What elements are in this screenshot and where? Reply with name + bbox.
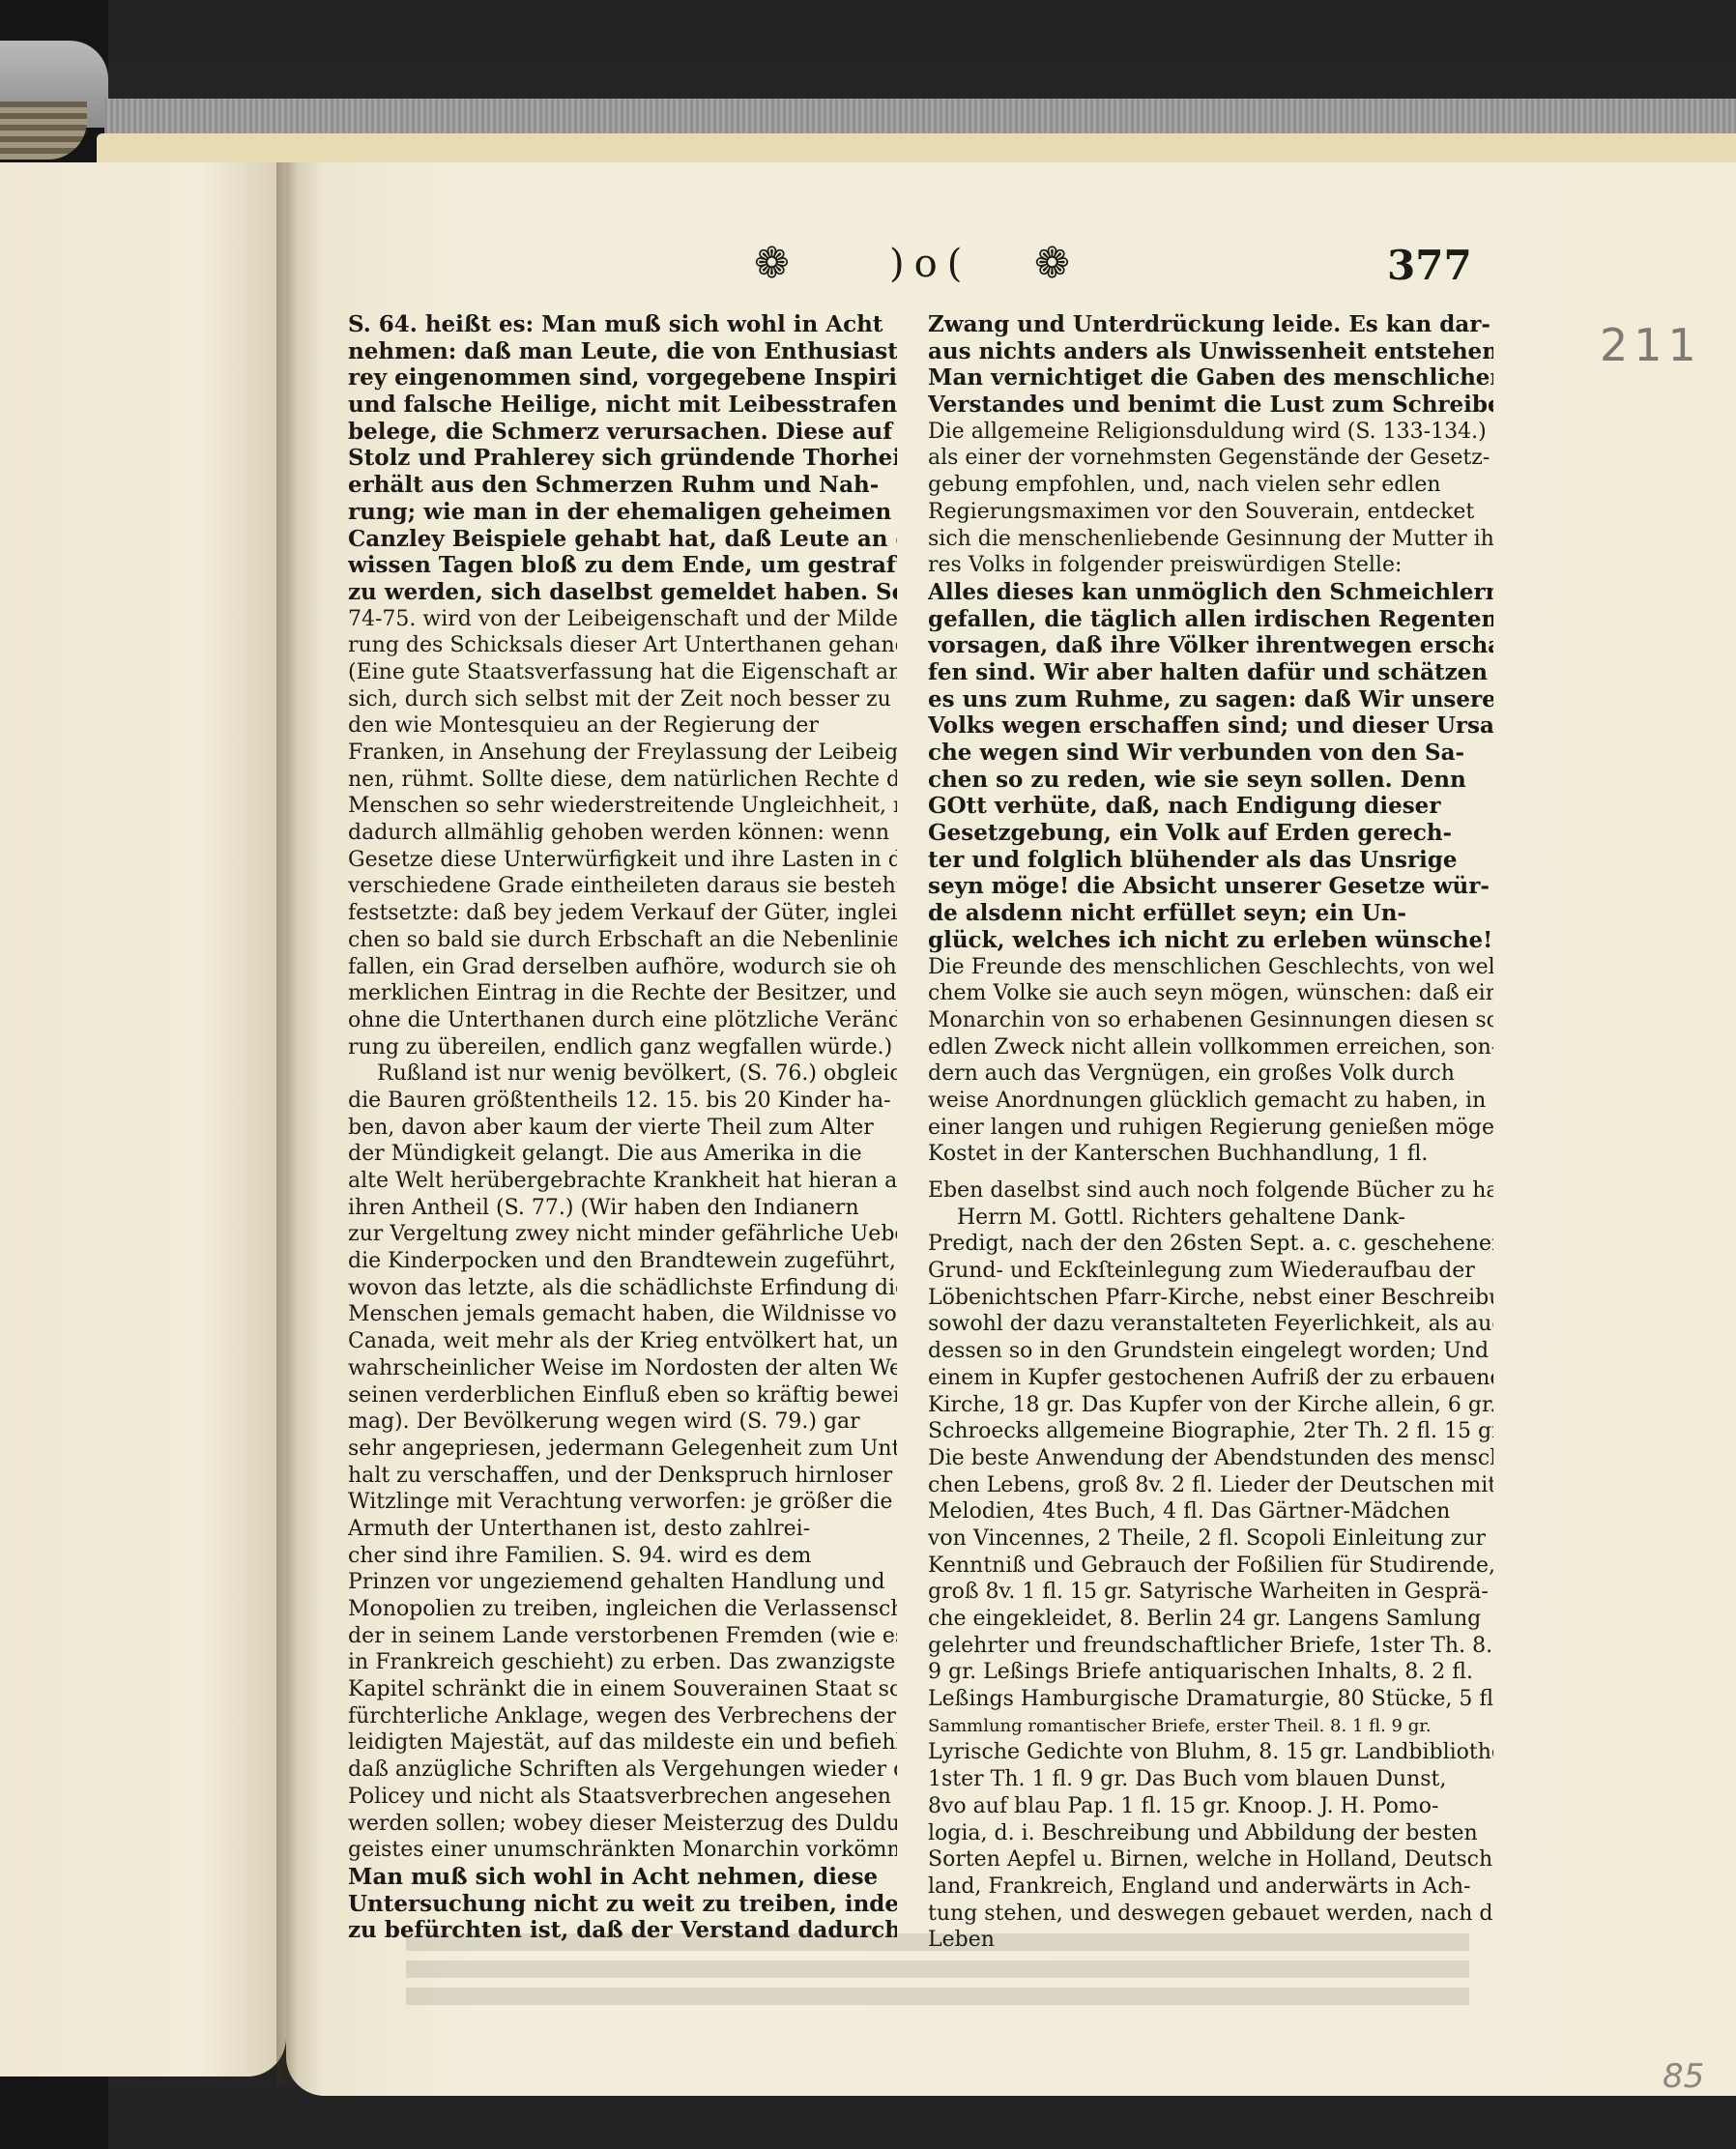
- text-line: Leßings Hamburgische Dramaturgie, 80 Stü…: [928, 1686, 1493, 1713]
- text-line: Kostet in der Kanterschen Buchhandlung, …: [928, 1141, 1493, 1168]
- text-line: Die beste Anwendung der Abendstunden des…: [928, 1445, 1493, 1472]
- pencil-annotation-bottom: 85: [1663, 2057, 1704, 2096]
- text-line: Lyrische Gedichte von Bluhm, 8. 15 gr. L…: [928, 1739, 1493, 1766]
- text-line: Franken, in Ansehung der Freylassung der…: [348, 740, 897, 767]
- text-line: Monarchin von so erhabenen Gesinnungen d…: [928, 1007, 1493, 1034]
- text-line: wahrscheinlicher Weise im Nordosten der …: [348, 1355, 897, 1382]
- text-line: glück, welches ich nicht zu erleben wüns…: [928, 927, 1493, 954]
- text-line: alte Welt herübergebrachte Krankheit hat…: [348, 1168, 897, 1195]
- text-line: einem in Kupfer gestochenen Aufriß der z…: [928, 1365, 1493, 1392]
- text-line: edlen Zweck nicht allein vollkommen erre…: [928, 1034, 1493, 1061]
- text-line: zu werden, sich daselbst gemeldet haben.…: [348, 579, 897, 606]
- text-line: che eingekleidet, 8. Berlin 24 gr. Lange…: [928, 1606, 1493, 1633]
- text-line: Untersuchung nicht zu weit zu treiben, i…: [348, 1891, 897, 1918]
- text-line: verschiedene Grade eintheileten daraus s…: [348, 873, 897, 900]
- text-column-right: Zwang und Unterdrückung leide. Es kan da…: [928, 311, 1493, 1954]
- text-line: mag). Der Bevölkerung wegen wird (S. 79.…: [348, 1408, 897, 1436]
- text-line: chen so bald sie durch Erbschaft an die …: [348, 927, 897, 954]
- text-line: rey eingenommen sind, vorgegebene Inspir…: [348, 364, 897, 392]
- gutter-shadow: [276, 162, 298, 2086]
- text-line: Canzley Beispiele gehabt hat, daß Leute …: [348, 526, 897, 553]
- text-line: zur Vergeltung zwey nicht minder gefährl…: [348, 1221, 897, 1248]
- text-line: Löbenichtschen Pfarr-Kirche, nebst einer…: [928, 1285, 1493, 1312]
- text-line: Rußland ist nur wenig bevölkert, (S. 76.…: [348, 1060, 897, 1088]
- text-line: tung stehen, und deswegen gebauet werden…: [928, 1901, 1493, 1928]
- text-line: sich, durch sich selbst mit der Zeit noc…: [348, 686, 897, 713]
- text-line: merklichen Eintrag in die Rechte der Bes…: [348, 980, 897, 1007]
- text-line: werden sollen; wobey dieser Meisterzug d…: [348, 1811, 897, 1838]
- text-line: vorsagen, daß ihre Völker ihrentwegen er…: [928, 632, 1493, 659]
- text-line: (Eine gute Staatsverfassung hat die Eige…: [348, 659, 897, 686]
- text-line: sehr angepriesen, jedermann Gelegenheit …: [348, 1436, 897, 1463]
- running-header: ❁ )o( ❁ 377: [744, 240, 1518, 298]
- text-line: einer langen und ruhigen Regierung genie…: [928, 1115, 1493, 1142]
- text-line: de alsdenn nicht erfüllet seyn; ein Un-: [928, 900, 1493, 927]
- text-line: Menschen so sehr wiederstreitende Unglei…: [348, 793, 897, 820]
- text-line: groß 8v. 1 fl. 15 gr. Satyrische Warheit…: [928, 1579, 1493, 1606]
- text-line: der Mündigkeit gelangt. Die aus Amerika …: [348, 1141, 897, 1168]
- text-line: Armuth der Unterthanen ist, desto zahlre…: [348, 1516, 897, 1543]
- text-line: Herrn M. Gottl. Richters gehaltene Dank-: [928, 1205, 1493, 1232]
- text-line: fürchterliche Anklage, wegen des Verbrec…: [348, 1703, 897, 1730]
- text-line: Eben daselbst sind auch noch folgende Bü…: [928, 1177, 1493, 1205]
- left-page: [0, 162, 286, 2076]
- text-line: dadurch allmählig gehoben werden können:…: [348, 820, 897, 847]
- text-line: weise Anordnungen glücklich gemacht zu h…: [928, 1088, 1493, 1115]
- text-line: chen Lebens, groß 8v. 2 fl. Lieder der D…: [928, 1472, 1493, 1499]
- text-line: Die Freunde des menschlichen Geschlechts…: [928, 954, 1493, 981]
- text-line: dessen so in den Grundstein eingelegt wo…: [928, 1338, 1493, 1365]
- text-line: che wegen sind Wir verbunden von den Sa-: [928, 740, 1493, 767]
- text-line: chem Volke sie auch seyn mögen, wünschen…: [928, 980, 1493, 1007]
- text-line: halt zu verschaffen, und der Denkspruch …: [348, 1463, 897, 1490]
- text-line: nehmen: daß man Leute, die von Enthusias…: [348, 338, 897, 365]
- text-line: Gesetze diese Unterwürfigkeit und ihre L…: [348, 847, 897, 874]
- text-line: Alles dieses kan unmöglich den Schmeichl…: [928, 579, 1493, 606]
- text-line: rung; wie man in der ehemaligen geheimen: [348, 499, 897, 526]
- text-column-left: S. 64. heißt es: Man muß sich wohl in Ac…: [348, 311, 897, 1944]
- text-line: aus nichts anders als Unwissenheit entst…: [928, 338, 1493, 365]
- text-line: Kirche, 18 gr. Das Kupfer von der Kirche…: [928, 1392, 1493, 1419]
- text-line: wissen Tagen bloß zu dem Ende, um gestra…: [348, 552, 897, 579]
- text-line: fallen, ein Grad derselben aufhöre, wodu…: [348, 954, 897, 981]
- text-line: rung zu übereilen, endlich ganz wegfalle…: [348, 1034, 897, 1061]
- text-line: Sammlung romantischer Briefe, erster The…: [928, 1713, 1493, 1740]
- text-line: Man muß sich wohl in Acht nehmen, diese: [348, 1864, 897, 1891]
- text-line: geistes einer unumschränkten Monarchin v…: [348, 1837, 897, 1864]
- text-line: res Volks in folgender preiswürdigen Ste…: [928, 552, 1493, 579]
- text-line: sich die menschenliebende Gesinnung der …: [928, 526, 1493, 553]
- flower-ornament-icon: ❁: [1034, 240, 1070, 288]
- text-line: Zwang und Unterdrückung leide. Es kan da…: [928, 311, 1493, 338]
- text-line: und falsche Heilige, nicht mit Leibesstr…: [348, 392, 897, 419]
- text-line: von Vincennes, 2 Theile, 2 fl. Scopoli E…: [928, 1525, 1493, 1553]
- text-line: Canada, weit mehr als der Krieg entvölke…: [348, 1328, 897, 1355]
- text-line: Grund- und Eckſteinlegung zum Wiederaufb…: [928, 1258, 1493, 1285]
- text-line: 1ster Th. 1 fl. 9 gr. Das Buch vom blaue…: [928, 1766, 1493, 1793]
- text-line: wovon das letzte, als die schädlichste E…: [348, 1275, 897, 1302]
- text-line: in Frankreich geschieht) zu erben. Das z…: [348, 1649, 897, 1676]
- text-line: gebung empfohlen, und, nach vielen sehr …: [928, 472, 1493, 499]
- text-line: rung des Schicksals dieser Art Unterthan…: [348, 632, 897, 659]
- text-line: 74-75. wird von der Leibeigenschaft und …: [348, 606, 897, 633]
- text-line: Volks wegen erschaffen sind; und dieser …: [928, 712, 1493, 740]
- text-line: Policey und nicht als Staatsverbrechen a…: [348, 1784, 897, 1811]
- text-line: GOtt verhüte, daß, nach Endigung dieser: [928, 793, 1493, 820]
- text-line: Regierungsmaximen vor den Souverain, ent…: [928, 499, 1493, 526]
- text-line: der in seinem Lande verstorbenen Fremden…: [348, 1623, 897, 1650]
- text-line: nen, rühmt. Sollte diese, dem natürliche…: [348, 767, 897, 794]
- pencil-annotation: 211: [1600, 319, 1702, 371]
- text-line: sowohl der dazu veranstalteten Feyerlich…: [928, 1311, 1493, 1338]
- text-line: Gesetzgebung, ein Volk auf Erden gerech-: [928, 820, 1493, 847]
- text-line: belege, die Schmerz verursachen. Diese a…: [348, 419, 897, 446]
- text-line: chen so zu reden, wie sie seyn sollen. D…: [928, 767, 1493, 794]
- text-line: Kenntniß und Gebrauch der Foßilien für S…: [928, 1553, 1493, 1580]
- text-line: Menschen jemals gemacht haben, die Wildn…: [348, 1301, 897, 1328]
- text-line: dern auch das Vergnügen, ein großes Volk…: [928, 1060, 1493, 1088]
- text-line: Verstandes und benimt die Lust zum Schre…: [928, 392, 1493, 419]
- text-line: festsetzte: daß bey jedem Verkauf der Gü…: [348, 900, 897, 927]
- text-line: Witzlinge mit Verachtung verworfen: je g…: [348, 1489, 897, 1516]
- flower-ornament-icon: ❁: [754, 240, 790, 288]
- header-separator: )o(: [889, 242, 971, 286]
- text-line: S. 64. heißt es: Man muß sich wohl in Ac…: [348, 311, 897, 338]
- text-line: es uns zum Ruhme, zu sagen: daß Wir unse…: [928, 686, 1493, 713]
- text-line: land, Frankreich, England und anderwärts…: [928, 1873, 1493, 1901]
- text-line: Sorten Aepfel u. Birnen, welche in Holla…: [928, 1846, 1493, 1873]
- page-number: 377: [1387, 242, 1472, 289]
- text-line: Schroecks allgemeine Biographie, 2ter Th…: [928, 1418, 1493, 1445]
- text-line: gefallen, die täglich allen irdischen Re…: [928, 606, 1493, 633]
- text-line: 8vo auf blau Pap. 1 fl. 15 gr. Knoop. J.…: [928, 1793, 1493, 1820]
- text-line: daß anzügliche Schriften als Vergehungen…: [348, 1757, 897, 1784]
- text-line: 9 gr. Leßings Briefe antiquarischen Inha…: [928, 1659, 1493, 1686]
- text-line: die Kinderpocken und den Brandtewein zug…: [348, 1248, 897, 1275]
- text-line: gelehrter und freundschaftlicher Briefe,…: [928, 1633, 1493, 1660]
- text-line: leidigten Majestät, auf das mildeste ein…: [348, 1729, 897, 1757]
- text-line: Die allgemeine Religionsduldung wird (S.…: [928, 419, 1493, 446]
- text-line: ihren Antheil (S. 77.) (Wir haben den In…: [348, 1195, 897, 1222]
- text-line: ohne die Unterthanen durch eine plötzlic…: [348, 1007, 897, 1034]
- text-line: fen sind. Wir aber halten dafür und schä…: [928, 659, 1493, 686]
- text-line: Monopolien zu treiben, ingleichen die Ve…: [348, 1596, 897, 1623]
- text-line: ter und folglich blühender als das Unsri…: [928, 847, 1493, 874]
- show-through-text: [406, 1933, 1469, 2011]
- text-line: Man vernichtiget die Gaben des menschlic…: [928, 364, 1493, 392]
- text-line: Melodien, 4tes Buch, 4 fl. Das Gärtner-M…: [928, 1498, 1493, 1525]
- text-line: logia, d. i. Beschreibung und Abbildung …: [928, 1820, 1493, 1847]
- text-line: cher sind ihre Familien. S. 94. wird es …: [348, 1543, 897, 1570]
- text-line: den wie Montesquieu an der Regierung der: [348, 712, 897, 740]
- text-line: seinen verderblichen Einfluß eben so krä…: [348, 1382, 897, 1409]
- text-line: Stolz und Prahlerey sich gründende Thorh…: [348, 445, 897, 472]
- text-line: ben, davon aber kaum der vierte Theil zu…: [348, 1115, 897, 1142]
- text-line: Predigt, nach der den 26sten Sept. a. c.…: [928, 1231, 1493, 1258]
- text-line: erhält aus den Schmerzen Ruhm und Nah-: [348, 472, 897, 499]
- text-line: die Bauren größtentheils 12. 15. bis 20 …: [348, 1088, 897, 1115]
- text-line: seyn möge! die Absicht unserer Gesetze w…: [928, 873, 1493, 900]
- text-line: Kapitel schränkt die in einem Souveraine…: [348, 1676, 897, 1703]
- text-line: Prinzen vor ungeziemend gehalten Handlun…: [348, 1569, 897, 1596]
- text-line: als einer der vornehmsten Gegenstände de…: [928, 445, 1493, 472]
